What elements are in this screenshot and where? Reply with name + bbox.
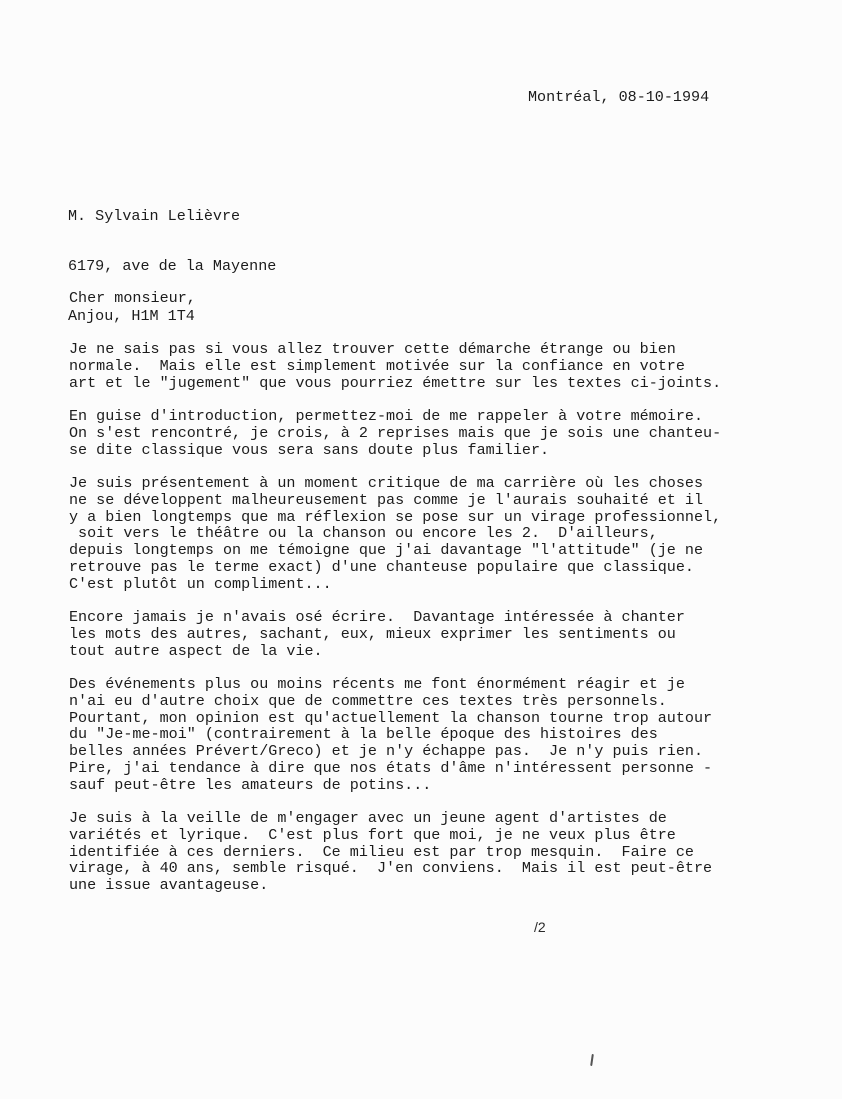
paragraph: Encore jamais je n'avais osé écrire. Dav… <box>69 609 721 659</box>
text-line: y a bien longtemps que ma réflexion se p… <box>69 509 721 526</box>
text-line: les mots des autres, sachant, eux, mieux… <box>69 626 721 643</box>
recipient-address: M. Sylvain Lelièvre 6179, ave de la Maye… <box>68 174 276 358</box>
text-line: ne se développent malheureusement pas co… <box>69 492 721 509</box>
text-line: Pourtant, mon opinion est qu'actuellemen… <box>69 710 721 727</box>
text-line: Je suis présentement à un moment critiqu… <box>69 475 721 492</box>
letter-page: Montréal, 08-10-1994 M. Sylvain Lelièvre… <box>0 0 842 1099</box>
text-line: une issue avantageuse. <box>69 877 721 894</box>
text-line: Pire, j'ai tendance à dire que nos états… <box>69 760 721 777</box>
text-line: depuis longtemps on me témoigne que j'ai… <box>69 542 721 559</box>
text-line: Des événements plus ou moins récents me … <box>69 676 721 693</box>
text-line: On s'est rencontré, je crois, à 2 repris… <box>69 425 721 442</box>
text-line: belles années Prévert/Greco) et je n'y é… <box>69 743 721 760</box>
recipient-city: Anjou, H1M 1T4 <box>68 308 276 325</box>
page-number-marker: /2 <box>534 919 546 935</box>
salutation: Cher monsieur, <box>69 290 196 307</box>
paragraph: Je ne sais pas si vous allez trouver cet… <box>69 341 721 391</box>
recipient-street: 6179, ave de la Mayenne <box>68 258 276 275</box>
paragraph: En guise d'introduction, permettez-moi d… <box>69 408 721 458</box>
scan-artifact-mark <box>590 1054 594 1066</box>
text-line: du "Je-me-moi" (contrairement à la belle… <box>69 726 721 743</box>
recipient-name: M. Sylvain Lelièvre <box>68 208 276 225</box>
text-line: Encore jamais je n'avais osé écrire. Dav… <box>69 609 721 626</box>
text-line: En guise d'introduction, permettez-moi d… <box>69 408 721 425</box>
text-line: Je ne sais pas si vous allez trouver cet… <box>69 341 721 358</box>
text-line: se dite classique vous sera sans doute p… <box>69 442 721 459</box>
text-line: art et le "jugement" que vous pourriez é… <box>69 375 721 392</box>
text-line: normale. Mais elle est simplement motivé… <box>69 358 721 375</box>
date-line: Montréal, 08-10-1994 <box>528 89 709 106</box>
paragraph: Je suis à la veille de m'engager avec un… <box>69 810 721 894</box>
text-line: retrouve pas le terme exact) d'une chant… <box>69 559 721 576</box>
text-line: tout autre aspect de la vie. <box>69 643 721 660</box>
text-line: soit vers le théâtre ou la chanson ou en… <box>69 525 721 542</box>
paragraph: Je suis présentement à un moment critiqu… <box>69 475 721 592</box>
letter-body: Je ne sais pas si vous allez trouver cet… <box>69 341 721 911</box>
text-line: virage, à 40 ans, semble risqué. J'en co… <box>69 860 721 877</box>
text-line: n'ai eu d'autre choix que de commettre c… <box>69 693 721 710</box>
text-line: sauf peut-être les amateurs de potins... <box>69 777 721 794</box>
text-line: variétés et lyrique. C'est plus fort que… <box>69 827 721 844</box>
text-line: C'est plutôt un compliment... <box>69 576 721 593</box>
text-line: identifiée à ces derniers. Ce milieu est… <box>69 844 721 861</box>
paragraph: Des événements plus ou moins récents me … <box>69 676 721 793</box>
text-line: Je suis à la veille de m'engager avec un… <box>69 810 721 827</box>
